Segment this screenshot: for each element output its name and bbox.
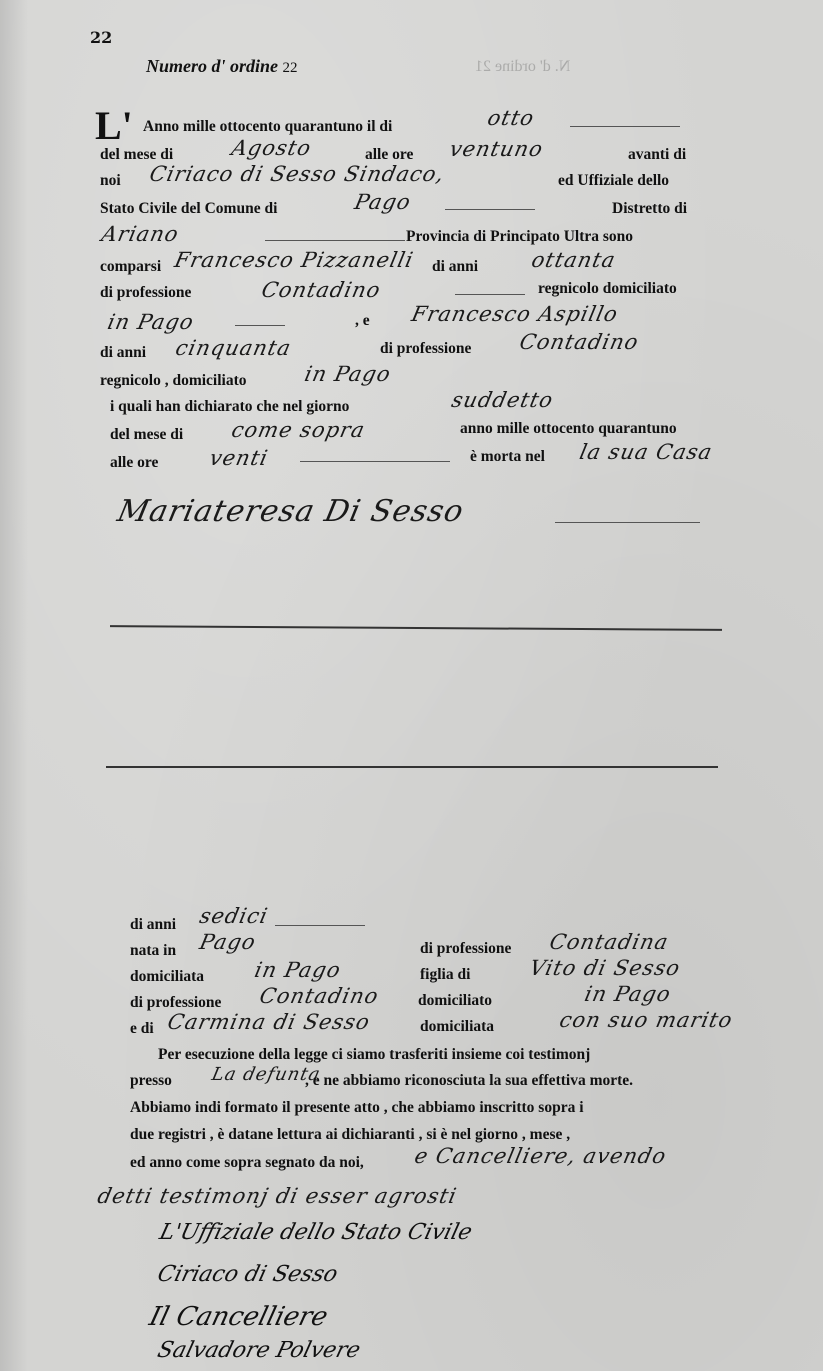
handwritten-declarant1-age: ottanta bbox=[529, 248, 618, 272]
handwritten-deceased-age: sedici bbox=[197, 904, 270, 928]
handwritten-deceased-domicile: in Pago bbox=[252, 958, 343, 982]
handwritten-deceased-profession: Contadina bbox=[547, 930, 671, 954]
handwritten-declarant2-domicile: in Pago bbox=[302, 362, 393, 386]
handwritten-distretto: Ariano bbox=[99, 222, 181, 246]
handwritten-day-ref: suddetto bbox=[449, 388, 555, 412]
signature-officer-title: L'Uffiziale dello Stato Civile bbox=[157, 1220, 475, 1245]
handwritten-death-place: la sua Casa bbox=[577, 440, 714, 464]
handwritten-deceased-name: Mariateresa Di Sesso bbox=[114, 494, 467, 529]
page-number: 22 bbox=[90, 28, 112, 47]
page-edge-shadow bbox=[0, 0, 28, 1371]
printed-text: domiciliata bbox=[420, 1018, 494, 1036]
fill-line bbox=[235, 325, 285, 326]
signature-chancellor-title: Il Cancelliere bbox=[146, 1302, 331, 1332]
handwritten-hour: ventuno bbox=[447, 137, 545, 161]
printed-text: di professione bbox=[100, 284, 191, 302]
handwritten-father-name: Vito di Sesso bbox=[527, 956, 682, 980]
printed-text: Distretto di bbox=[612, 200, 687, 218]
header-line-1: Anno mille ottocento quarantuno il di bbox=[143, 118, 392, 136]
order-number: 22 bbox=[283, 60, 298, 76]
printed-text: alle ore bbox=[110, 454, 158, 472]
printed-text: del mese di bbox=[100, 146, 173, 163]
printed-text: di professione bbox=[380, 340, 471, 358]
printed-text: , e ne abbiamo riconosciuta la sua effet… bbox=[305, 1072, 633, 1090]
printed-text: Provincia di Principato Ultra sono bbox=[406, 228, 633, 246]
printed-text: di anni bbox=[432, 258, 478, 276]
printed-text: e di bbox=[130, 1020, 154, 1038]
printed-text: di anni bbox=[130, 916, 176, 934]
handwritten-month: Agosto bbox=[229, 136, 313, 160]
handwritten-month-ref: come sopra bbox=[229, 418, 367, 442]
handwritten-declarant2-profession: Contadino bbox=[517, 330, 641, 354]
printed-text: Stato Civile del Comune di bbox=[100, 200, 277, 218]
handwritten-father-profession: Contadino bbox=[257, 984, 381, 1008]
bleed-through-text: N. d' ordine 21 bbox=[475, 58, 570, 76]
handwritten-mother-domicile: con suo marito bbox=[557, 1008, 735, 1032]
fill-line bbox=[570, 126, 680, 127]
handwritten-declarant2-name: Francesco Aspillo bbox=[409, 302, 620, 326]
printed-text: di professione bbox=[420, 940, 511, 958]
closing-line-3: Abbiamo indi formato il presente atto , … bbox=[130, 1099, 584, 1117]
printed-text: regnicolo , domiciliato bbox=[100, 372, 247, 390]
signature-chancellor-name: Salvadore Polvere bbox=[155, 1338, 363, 1363]
printed-text: di anni bbox=[100, 344, 146, 362]
printed-text: Anno mille ottocento quarantuno il di bbox=[143, 118, 392, 135]
blank-fill-line-1 bbox=[110, 625, 722, 630]
handwritten-comune: Pago bbox=[352, 190, 413, 214]
printed-text: comparsi bbox=[100, 258, 161, 276]
fill-line bbox=[555, 522, 700, 523]
fill-line bbox=[445, 209, 535, 210]
closing-line-1: Per esecuzione della legge ci siamo tras… bbox=[158, 1046, 590, 1064]
handwritten-mother-name: Carmina di Sesso bbox=[165, 1010, 372, 1034]
handwritten-closing-line-6: detti testimonj di esser agrosti bbox=[95, 1184, 459, 1208]
printed-text: noi bbox=[100, 172, 121, 190]
printed-text: domiciliato bbox=[418, 992, 492, 1010]
blank-fill-line-2 bbox=[106, 766, 718, 768]
order-label: Numero d' ordine bbox=[146, 56, 278, 76]
handwritten-declarant2-age: cinquanta bbox=[173, 336, 293, 360]
fill-line bbox=[300, 461, 450, 462]
handwritten-declarant1-domicile: in Pago bbox=[105, 310, 196, 334]
handwritten-declarant1-name: Francesco Pizzanelli bbox=[172, 248, 415, 272]
handwritten-father-domicile: in Pago bbox=[582, 982, 673, 1006]
dropcap: L' bbox=[95, 102, 133, 149]
fill-line bbox=[455, 294, 525, 295]
fill-line bbox=[275, 925, 365, 926]
handwritten-closing-addendum: e Cancelliere, avendo bbox=[412, 1144, 668, 1168]
printed-text: del mese di bbox=[110, 426, 183, 444]
printed-text: ed anno come sopra segnato da noi, bbox=[130, 1154, 364, 1172]
printed-text: presso bbox=[130, 1072, 172, 1090]
printed-text: è morta nel bbox=[470, 448, 545, 466]
handwritten-day: otto bbox=[485, 106, 536, 130]
handwritten-official: Ciriaco di Sesso Sindaco, bbox=[147, 162, 446, 186]
handwritten-declarant1-profession: Contadino bbox=[259, 278, 383, 302]
signature-officer-name: Ciriaco di Sesso bbox=[155, 1262, 340, 1287]
closing-line-4: due registri , è datane lettura ai dichi… bbox=[130, 1126, 570, 1144]
order-title: Numero d' ordine 22 bbox=[146, 56, 298, 77]
printed-text: avanti di bbox=[628, 146, 686, 164]
printed-text: , e bbox=[355, 312, 370, 330]
handwritten-hour-ref: venti bbox=[207, 446, 270, 470]
printed-text: i quali han dichiarato che nel giorno bbox=[110, 398, 349, 416]
printed-text: domiciliata bbox=[130, 968, 204, 986]
handwritten-birthplace: Pago bbox=[197, 930, 258, 954]
printed-text: anno mille ottocento quarantuno bbox=[460, 420, 677, 438]
printed-text: figlia di bbox=[420, 966, 470, 984]
printed-text: ed Uffiziale dello bbox=[558, 172, 669, 190]
printed-text: nata in bbox=[130, 942, 176, 960]
printed-text: regnicolo domiciliato bbox=[538, 280, 677, 298]
fill-line bbox=[265, 240, 405, 241]
